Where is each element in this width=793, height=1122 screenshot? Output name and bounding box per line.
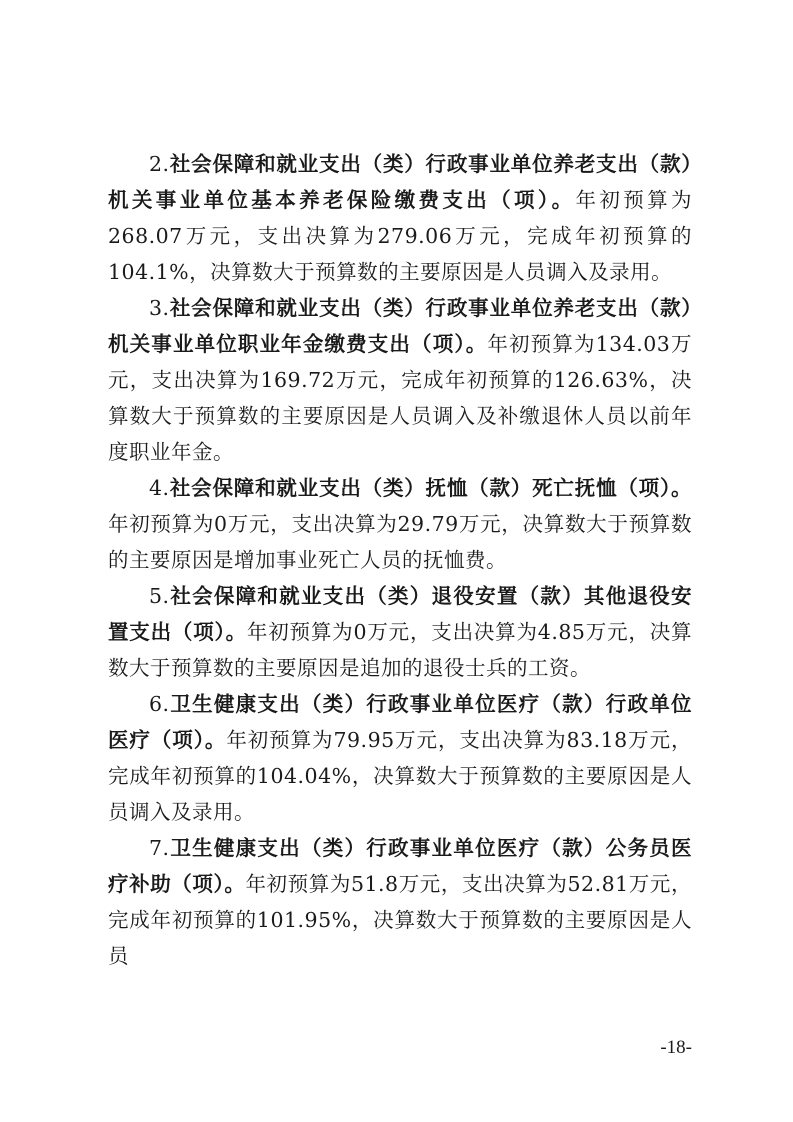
item-number: 2. [149, 152, 170, 176]
item-number: 4. [149, 476, 170, 500]
item-number: 5. [149, 584, 170, 608]
page-number: -18- [660, 1037, 692, 1059]
paragraph-item-5: 5.社会保障和就业支出（类）退役安置（款）其他退役安置支出（项）。年初预算为0万… [108, 578, 692, 686]
item-number: 6. [149, 692, 170, 716]
paragraph-item-2: 2.社会保障和就业支出（类）行政事业单位养老支出（款）机关事业单位基本养老保险缴… [108, 146, 692, 290]
paragraph-item-4: 4.社会保障和就业支出（类）抚恤（款）死亡抚恤（项）。年初预算为0万元，支出决算… [108, 470, 692, 578]
paragraph-item-6: 6.卫生健康支出（类）行政事业单位医疗（款）行政单位医疗（项）。年初预算为79.… [108, 686, 692, 830]
paragraph-item-3: 3.社会保障和就业支出（类）行政事业单位养老支出（款）机关事业单位职业年金缴费支… [108, 290, 692, 470]
document-page: 2.社会保障和就业支出（类）行政事业单位养老支出（款）机关事业单位基本养老保险缴… [108, 146, 692, 974]
item-heading: 社会保障和就业支出（类）抚恤（款）死亡抚恤（项）。 [170, 476, 692, 500]
item-number: 7. [149, 836, 170, 860]
item-number: 3. [149, 296, 170, 320]
item-body: 年初预算为0万元，支出决算为29.79万元，决算数大于预算数的主要原因是增加事业… [108, 512, 692, 572]
paragraph-item-7: 7.卫生健康支出（类）行政事业单位医疗（款）公务员医疗补助（项）。年初预算为51… [108, 830, 692, 974]
